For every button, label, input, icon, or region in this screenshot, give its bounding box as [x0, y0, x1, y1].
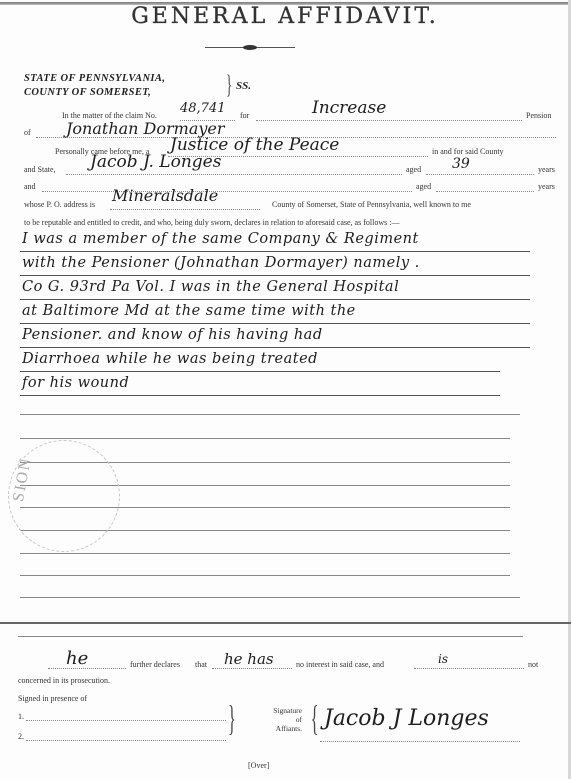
po-address-value: Mineralsdale	[112, 186, 218, 205]
declarant-value: he	[66, 648, 88, 669]
signature-label-line: Affiants.	[264, 724, 302, 733]
ss-label: SS.	[236, 80, 251, 92]
affiant-1-field[interactable]	[66, 174, 402, 175]
blank-rule	[20, 575, 510, 576]
blank-rule	[20, 414, 520, 415]
venue-brace-icon: }	[226, 70, 232, 100]
of-label: of	[24, 128, 31, 137]
age-1-value: 39	[452, 156, 470, 172]
not-label: not	[528, 660, 538, 669]
po-suffix: County of Somerset, State of Pennsylvani…	[272, 200, 471, 209]
has-field[interactable]	[212, 668, 292, 669]
blank-rule	[20, 438, 510, 439]
witness-2-field[interactable]	[26, 740, 226, 741]
further-declares-label: further declares	[130, 660, 180, 669]
affiant-1-value: Jacob J. Longes	[90, 152, 221, 172]
aged-label-1: aged	[406, 165, 421, 174]
affidavit-page: GENERAL AFFIDAVIT. STATE OF PENNSYLVANIA…	[0, 0, 571, 779]
in-and-for-label: in and for said County	[432, 147, 504, 156]
statement-rule	[20, 371, 500, 372]
state-line: STATE OF PENNSYLVANIA,	[24, 72, 165, 86]
age-1-field[interactable]	[426, 174, 534, 175]
venue-block: STATE OF PENNSYLVANIA, COUNTY OF SOMERSE…	[24, 72, 165, 100]
is-field[interactable]	[414, 668, 524, 669]
and-state-label: and State,	[24, 165, 56, 174]
concerned-label: concerned in its prosecution.	[18, 676, 110, 685]
statement-line: with the Pensioner (Johnathan Dormayer) …	[22, 255, 420, 271]
title-ornament	[205, 47, 295, 48]
signature-label: Signature of Affiants.	[264, 706, 302, 733]
blank-rule	[20, 597, 520, 598]
statement-rule	[20, 299, 530, 300]
witness-2-label: 2.	[18, 732, 24, 741]
that-label: that	[195, 660, 207, 669]
affiant-signature-value: Jacob J Longes	[324, 706, 489, 731]
aged-label-2: aged	[416, 182, 431, 191]
statement-line: Pensioner. and know of his having had	[22, 327, 323, 343]
years-label-1: years	[538, 165, 555, 174]
po-label: whose P. O. address is	[24, 200, 95, 209]
affiant-2-field[interactable]	[42, 191, 412, 192]
po-address-field[interactable]	[110, 209, 260, 210]
statement-line: at Baltimore Md at the same time with th…	[22, 303, 356, 319]
statement-line: Diarrhoea while he was being treated	[22, 351, 318, 367]
pension-type-value: Increase	[312, 98, 386, 118]
statement-rule	[20, 395, 500, 396]
years-label-2: years	[538, 182, 555, 191]
statement-rule	[20, 275, 530, 276]
over-label: [Over]	[248, 761, 269, 770]
witness-1-label: 1.	[18, 712, 24, 721]
no-interest-label: no interest in said case, and	[296, 660, 384, 669]
reputable-line: to be reputable and entitled to credit, …	[24, 218, 399, 227]
and-label: and	[24, 182, 36, 191]
statement-line: Co G. 93rd Pa Vol. I was in the General …	[22, 279, 399, 295]
for-label: for	[240, 111, 249, 120]
pension-label: Pension	[526, 111, 551, 120]
footer-rule	[18, 636, 523, 637]
section-divider	[0, 622, 571, 624]
witness-brace-icon: }	[228, 700, 236, 736]
is-value: is	[438, 652, 448, 666]
document-title: GENERAL AFFIDAVIT.	[60, 4, 510, 29]
signature-label-line: Signature	[264, 706, 302, 715]
statement-line: I was a member of the same Company & Reg…	[22, 231, 419, 247]
signature-brace-icon: }	[311, 700, 319, 736]
statement-rule	[20, 251, 530, 252]
statement-rule	[20, 323, 530, 324]
statement-line: for his wound	[22, 375, 129, 391]
affiant-signature-field[interactable]	[320, 741, 520, 742]
witness-1-field[interactable]	[26, 720, 226, 721]
county-line: COUNTY OF SOMERSET,	[24, 86, 165, 100]
claim-no-value: 48,741	[180, 101, 226, 116]
blank-rule	[20, 553, 510, 554]
has-value: he has	[224, 650, 274, 668]
pension-type-field[interactable]	[256, 120, 522, 121]
statement-rule	[20, 347, 530, 348]
age-2-field[interactable]	[436, 191, 534, 192]
signature-label-line: of	[264, 715, 302, 724]
signed-in-presence-label: Signed in presence of	[18, 694, 87, 703]
